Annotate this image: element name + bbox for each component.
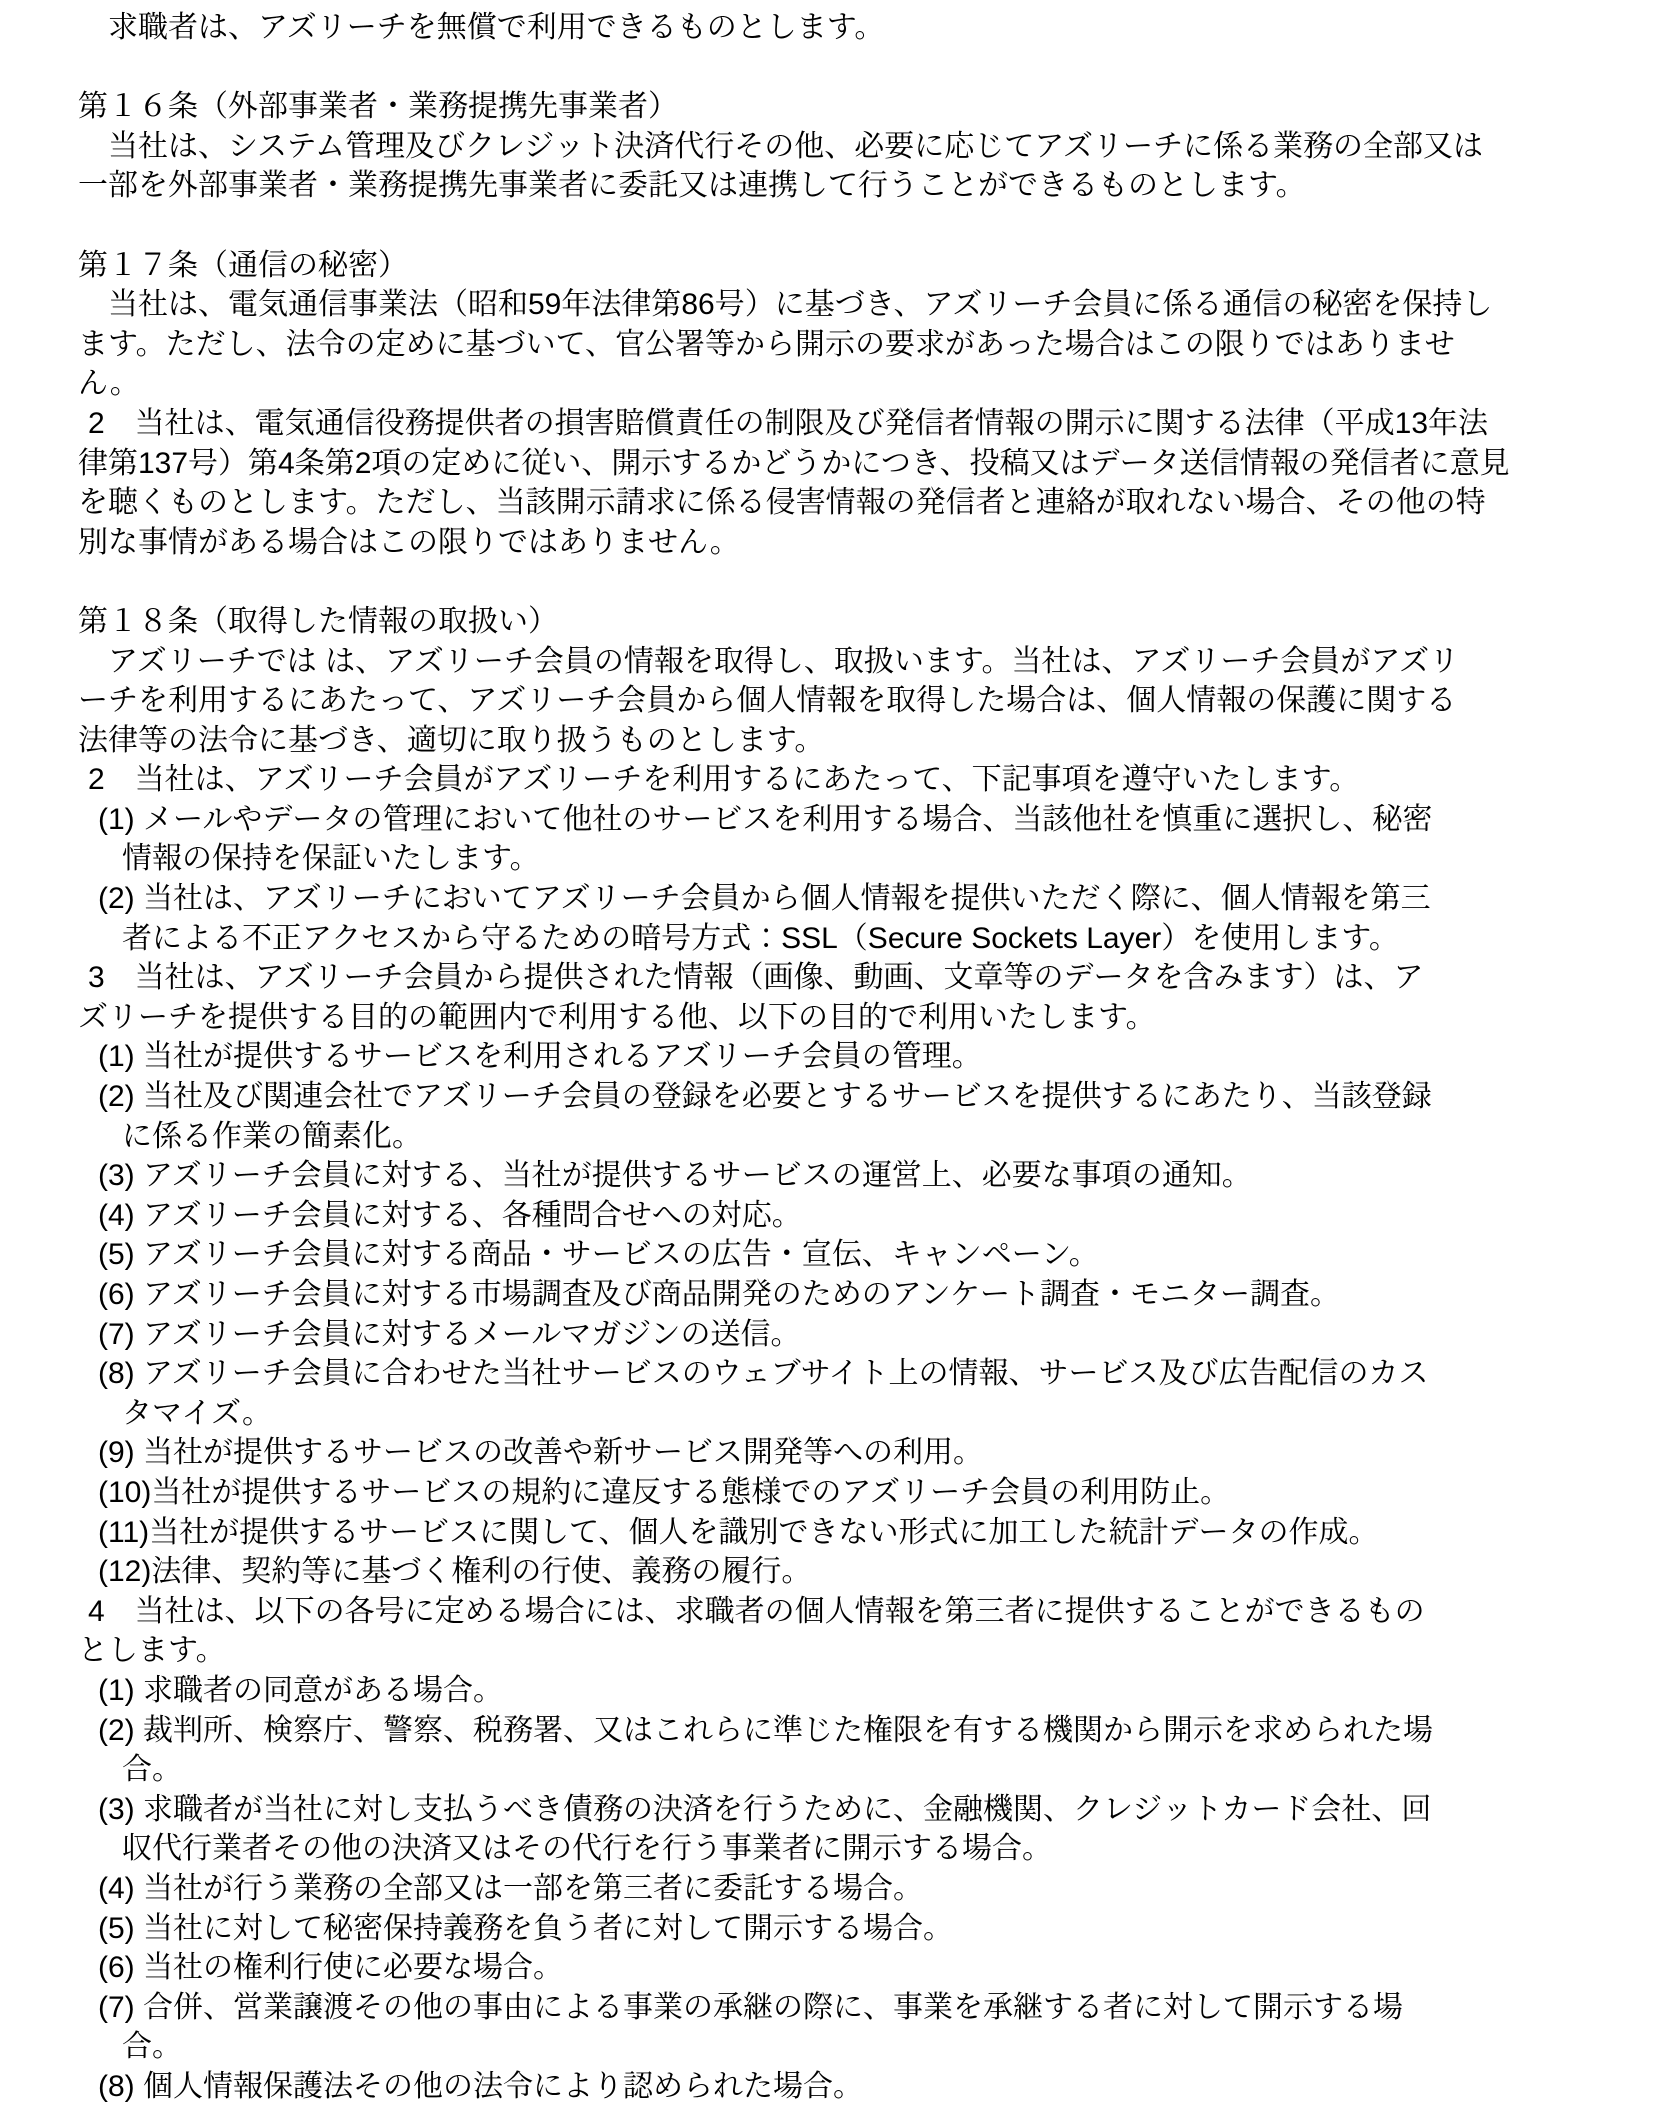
- text-line: (5) 当社に対して秘密保持義務を負う者に対して開示する場合。: [78, 1909, 1593, 1949]
- text-line: (8) 個人情報保護法その他の法令により認められた場合。: [78, 2067, 1593, 2107]
- text-line: 別な事情がある場合はこの限りではありません。: [78, 523, 1593, 563]
- text-line: (11)当社が提供するサービスに関して、個人を識別できない形式に加工した統計デー…: [78, 1513, 1593, 1553]
- text-line: (6) 当社の権利行使に必要な場合。: [78, 1948, 1593, 1988]
- text-line: 第１７条（通信の秘密）: [78, 246, 1593, 286]
- document-page: 求職者は、アズリーチを無償で利用できるものとします。第１６条（外部事業者・業務提…: [0, 0, 1653, 2110]
- text-line: (3) 求職者が当社に対し支払うべき債務の決済を行うために、金融機関、クレジット…: [78, 1790, 1593, 1830]
- text-line: 法律等の法令に基づき、適切に取り扱うものとします。: [78, 721, 1593, 761]
- text-line: (2) 当社は、アズリーチにおいてアズリーチ会員から個人情報を提供いただく際に、…: [78, 879, 1593, 919]
- text-line: (1) 当社が提供するサービスを利用されるアズリーチ会員の管理。: [78, 1037, 1593, 1077]
- text-line: 当社は、システム管理及びクレジット決済代行その他、必要に応じてアズリーチに係る業…: [78, 127, 1593, 167]
- text-line: (7) アズリーチ会員に対するメールマガジンの送信。: [78, 1315, 1593, 1355]
- text-line: ん。: [78, 364, 1593, 404]
- text-line: (5) アズリーチ会員に対する商品・サービスの広告・宣伝、キャンペーン。: [78, 1235, 1593, 1275]
- text-line: (3) アズリーチ会員に対する、当社が提供するサービスの運営上、必要な事項の通知…: [78, 1156, 1593, 1196]
- blank-line: [78, 206, 1593, 246]
- text-line: 求職者は、アズリーチを無償で利用できるものとします。: [78, 8, 1593, 48]
- blank-line: [78, 48, 1593, 88]
- text-line: ズリーチを提供する目的の範囲内で利用する他、以下の目的で利用いたします。: [78, 998, 1593, 1038]
- text-line: 第１６条（外部事業者・業務提携先事業者）: [78, 87, 1593, 127]
- text-line: ます。ただし、法令の定めに基づいて、官公署等から開示の要求があった場合はこの限り…: [78, 325, 1593, 365]
- text-line: を聴くものとします。ただし、当該開示請求に係る侵害情報の発信者と連絡が取れない場…: [78, 483, 1593, 523]
- text-line: (9) 当社が提供するサービスの改善や新サービス開発等への利用。: [78, 1433, 1593, 1473]
- text-line: (10)当社が提供するサービスの規約に違反する態様でのアズリーチ会員の利用防止。: [78, 1473, 1593, 1513]
- text-line: (2) 裁判所、検察庁、警察、税務署、又はこれらに準じた権限を有する機関から開示…: [78, 1711, 1593, 1751]
- text-line: 2 当社は、電気通信役務提供者の損害賠償責任の制限及び発信者情報の開示に関する法…: [78, 404, 1593, 444]
- text-line: (1) メールやデータの管理において他社のサービスを利用する場合、当該他社を慎重…: [78, 800, 1593, 840]
- text-line: 4 当社は、以下の各号に定める場合には、求職者の個人情報を第三者に提供することが…: [78, 1592, 1593, 1632]
- text-line: (1) 求職者の同意がある場合。: [78, 1671, 1593, 1711]
- text-line: アズリーチでは は、アズリーチ会員の情報を取得し、取扱います。当社は、アズリーチ…: [78, 642, 1593, 682]
- text-line: 一部を外部事業者・業務提携先事業者に委託又は連携して行うことができるものとします…: [78, 166, 1593, 206]
- text-line: ーチを利用するにあたって、アズリーチ会員から個人情報を取得した場合は、個人情報の…: [78, 681, 1593, 721]
- text-line: に係る作業の簡素化。: [78, 1117, 1593, 1157]
- text-line: とします。: [78, 1631, 1593, 1671]
- text-line: 2 当社は、アズリーチ会員がアズリーチを利用するにあたって、下記事項を遵守いたし…: [78, 760, 1593, 800]
- text-line: 第１８条（取得した情報の取扱い）: [78, 602, 1593, 642]
- text-line: 合。: [78, 1750, 1593, 1790]
- blank-line: [78, 562, 1593, 602]
- text-line: 者による不正アクセスから守るための暗号方式：SSL（Secure Sockets…: [78, 919, 1593, 959]
- text-line: (7) 合併、営業譲渡その他の事由による事業の承継の際に、事業を承継する者に対し…: [78, 1988, 1593, 2028]
- text-line: (12)法律、契約等に基づく権利の行使、義務の履行。: [78, 1552, 1593, 1592]
- text-line: 収代行業者その他の決済又はその代行を行う事業者に開示する場合。: [78, 1829, 1593, 1869]
- text-line: 合。: [78, 2027, 1593, 2067]
- text-line: (4) アズリーチ会員に対する、各種問合せへの対応。: [78, 1196, 1593, 1236]
- text-line: タマイズ。: [78, 1394, 1593, 1434]
- text-line: (6) アズリーチ会員に対する市場調査及び商品開発のためのアンケート調査・モニタ…: [78, 1275, 1593, 1315]
- text-line: (2) 当社及び関連会社でアズリーチ会員の登録を必要とするサービスを提供するにあ…: [78, 1077, 1593, 1117]
- text-line: 3 当社は、アズリーチ会員から提供された情報（画像、動画、文章等のデータを含みま…: [78, 958, 1593, 998]
- text-line: 情報の保持を保証いたします。: [78, 839, 1593, 879]
- text-line: 当社は、電気通信事業法（昭和59年法律第86号）に基づき、アズリーチ会員に係る通…: [78, 285, 1593, 325]
- text-line: (8) アズリーチ会員に合わせた当社サービスのウェブサイト上の情報、サービス及び…: [78, 1354, 1593, 1394]
- text-line: (4) 当社が行う業務の全部又は一部を第三者に委託する場合。: [78, 1869, 1593, 1909]
- text-line: 律第137号）第4条第2項の定めに従い、開示するかどうかにつき、投稿又はデータ送…: [78, 444, 1593, 484]
